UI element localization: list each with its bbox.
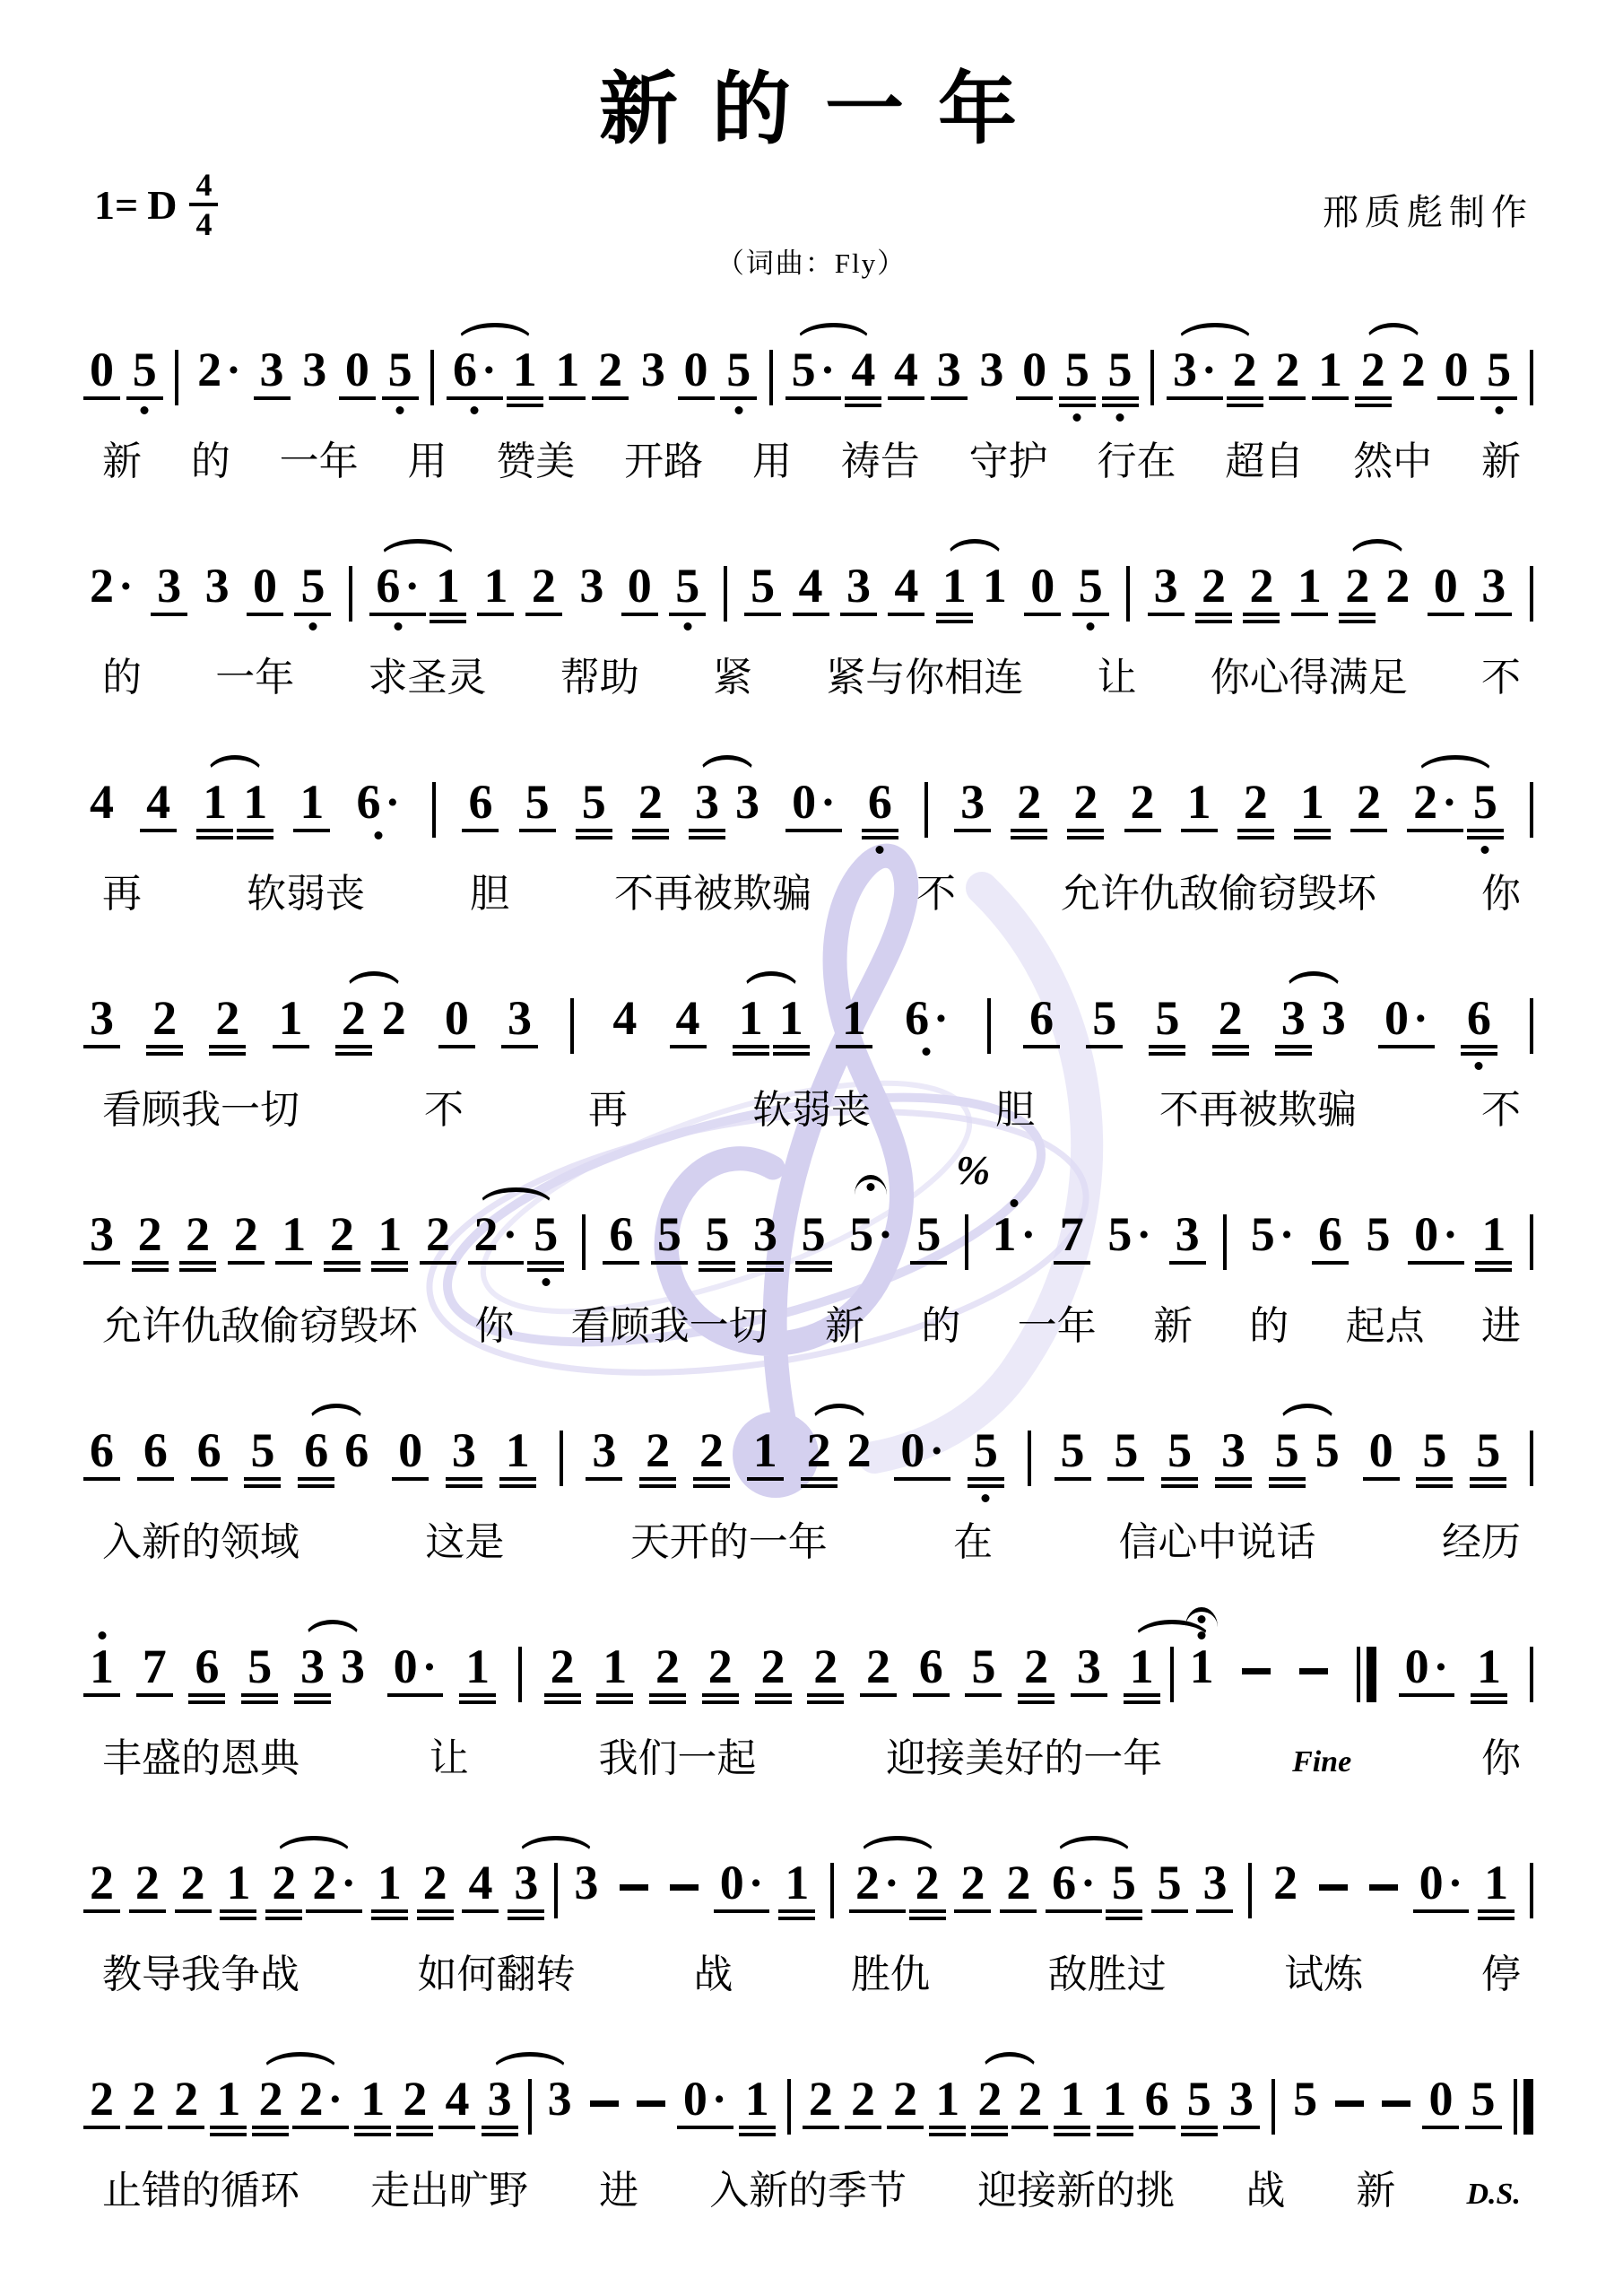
held-note-dash — [1299, 1668, 1328, 1674]
duration-underline — [1471, 1693, 1507, 1697]
duration-underline — [179, 1268, 216, 1272]
note: 2 — [1017, 780, 1041, 839]
note: 1 — [1130, 1645, 1154, 1704]
note: 1 — [745, 2077, 769, 2136]
barline — [349, 566, 352, 622]
note: 3 — [735, 780, 759, 825]
duration-underline — [596, 1700, 633, 1704]
duration-underline — [1000, 1909, 1037, 1913]
duration-underline — [447, 396, 503, 400]
slur-arc: 22· — [272, 1861, 356, 1920]
note: 2 — [1202, 564, 1226, 623]
note: 0 — [345, 348, 369, 400]
time-signature: 4 4 — [189, 169, 218, 240]
note: 0 — [445, 996, 469, 1048]
note: 2 — [1244, 780, 1268, 839]
augmentation-dot: · — [1202, 350, 1217, 390]
duration-underline — [294, 1693, 331, 1697]
note: 2 — [174, 2077, 198, 2129]
lyric-group: 用 — [752, 429, 792, 486]
duration-underline — [639, 1484, 676, 1488]
duration-underline — [862, 829, 898, 832]
slur-arc: 66 — [304, 1429, 369, 1488]
note: 0· — [683, 2077, 727, 2129]
lyric-group: 帮助 — [560, 645, 639, 702]
duration-underline — [1275, 1045, 1312, 1048]
duration-underline — [1465, 2126, 1502, 2129]
lyric-group: 教导我争战 — [102, 1942, 299, 1999]
duration-underline — [396, 2126, 433, 2129]
duration-underline — [1339, 620, 1376, 623]
duration-underline — [1196, 1909, 1233, 1913]
slur-arc: 2·2 — [855, 1861, 940, 1920]
barline — [724, 566, 727, 622]
duration-underline — [793, 613, 829, 616]
duration-underline — [1422, 2126, 1459, 2129]
duration-underline — [298, 1484, 334, 1488]
note: 0 — [684, 348, 708, 400]
note: 0 — [1369, 1429, 1393, 1481]
note: 1 — [779, 996, 803, 1056]
duration-underline — [1067, 836, 1104, 839]
note: 5 — [1293, 2077, 1317, 2122]
lyric-group: 胆 — [995, 1077, 1035, 1135]
note: 3 — [205, 564, 230, 609]
duration-underline — [1428, 613, 1464, 616]
note: 5 — [1092, 996, 1116, 1048]
note: 5 — [525, 780, 550, 832]
duration-underline — [83, 1477, 120, 1481]
note: 2 — [234, 1213, 258, 1265]
note: 2 — [847, 1429, 872, 1474]
duration-underline — [1215, 1477, 1252, 1481]
duration-underline — [1072, 613, 1109, 616]
duration-underline — [527, 1261, 564, 1265]
lyric-group: 迎接美好的一年 — [886, 1726, 1162, 1783]
note: 5 — [582, 780, 606, 839]
note: 3 — [157, 564, 181, 616]
note: 2 — [1249, 564, 1273, 623]
duration-underline — [210, 2126, 247, 2129]
note: 3 — [302, 348, 326, 393]
note: 5 — [388, 348, 412, 400]
duration-underline — [83, 1261, 120, 1265]
duration-underline — [702, 1700, 739, 1704]
note: 6 — [1145, 2077, 1169, 2129]
note: 1 — [1190, 1645, 1214, 1690]
note: 0· — [394, 1645, 438, 1697]
duration-underline — [273, 1045, 309, 1048]
note: 2 — [90, 1861, 114, 1913]
duration-underline — [1294, 836, 1331, 839]
note: 1 — [90, 1645, 114, 1697]
lyric-group: 新 — [825, 1293, 864, 1351]
slur-arc: 22 — [342, 996, 406, 1056]
duration-underline — [1355, 396, 1392, 400]
lyric-group: 你心得满足 — [1211, 645, 1408, 702]
note: 4 — [146, 780, 170, 832]
duration-underline — [1151, 1909, 1188, 1913]
notation-line: 32212203441116·6552330·6 — [90, 996, 1533, 1056]
augmentation-dot: · — [341, 1863, 356, 1903]
duration-underline — [459, 1693, 496, 1697]
duration-underline — [689, 829, 725, 832]
note: 3 — [1322, 996, 1346, 1041]
duration-underline — [275, 1261, 312, 1265]
duration-underline — [954, 829, 991, 832]
barline — [175, 350, 178, 405]
note: 2 — [1402, 348, 1426, 393]
duration-underline — [129, 1909, 166, 1913]
score-body: 052·33056·1123055·44330553·2212205新的一年用赞… — [0, 310, 1623, 2256]
duration-underline — [1227, 404, 1263, 407]
note: 2 — [638, 780, 663, 839]
lyric-group: 不再被欺骗 — [614, 861, 811, 918]
note: 3 — [846, 564, 871, 616]
lyric-group: 再 — [588, 1077, 628, 1135]
duration-underline — [265, 1909, 302, 1913]
duration-underline — [335, 1045, 372, 1048]
duration-underline — [1011, 2126, 1048, 2129]
music-system: 32212203441116·6552330·6看顾我一切不再软弱丧胆不再被欺骗… — [90, 959, 1533, 1175]
duration-underline — [1407, 829, 1463, 832]
duration-underline — [252, 2133, 289, 2136]
duration-underline — [1413, 1909, 1470, 1913]
duration-underline — [778, 1909, 815, 1913]
duration-underline — [669, 613, 706, 616]
lyric-group: 开路 — [624, 429, 703, 486]
low-octave-dot — [308, 622, 317, 631]
duration-underline — [714, 1909, 770, 1913]
note: 2 — [1345, 564, 1369, 623]
duration-underline — [1054, 2133, 1090, 2136]
note: 1· — [993, 1213, 1037, 1257]
note: 3 — [753, 1213, 777, 1272]
duration-underline — [576, 829, 612, 832]
held-note-dash — [1335, 2100, 1364, 2107]
lyric-group: 紧 — [713, 645, 752, 702]
lyric-group: 新 — [1356, 2158, 1395, 2215]
barline — [1530, 1214, 1533, 1270]
duration-underline — [252, 2126, 289, 2129]
note: 4 — [445, 2077, 469, 2129]
lyrics-line: 再软弱丧胆不再被欺骗不允许仇敌偷窃毁坏你 — [90, 861, 1533, 918]
duration-underline — [849, 1909, 906, 1913]
note: 5 — [300, 564, 325, 616]
duration-underline — [1161, 1484, 1198, 1488]
low-octave-dot — [394, 622, 402, 631]
meter-top: 4 — [195, 169, 212, 201]
duration-underline — [196, 829, 233, 832]
slur-arc: 11 — [739, 996, 803, 1056]
lyric-group: 战 — [1245, 2158, 1285, 2215]
thick-bar — [1367, 1647, 1376, 1702]
duration-underline — [773, 1045, 810, 1048]
note: 5 — [1155, 996, 1179, 1056]
meter-bottom: 4 — [195, 208, 212, 240]
note: 2 — [426, 1213, 450, 1265]
duration-underline — [803, 2126, 839, 2129]
duration-underline — [462, 829, 499, 832]
barline — [787, 2079, 791, 2135]
lyric-group: 的 — [102, 645, 142, 702]
note: 1 — [935, 2077, 959, 2136]
high-octave-dot — [1198, 1631, 1206, 1639]
duration-underline — [371, 1909, 408, 1913]
lyric-group: 让 — [1098, 645, 1137, 702]
duration-underline — [702, 1693, 739, 1697]
final-barline — [1514, 2079, 1533, 2135]
duration-underline — [785, 396, 842, 400]
note: 2· — [90, 564, 134, 609]
note: 0· — [792, 780, 836, 832]
barline — [1223, 1214, 1227, 1270]
note: 7 — [143, 1645, 167, 1697]
slur-arc: 22 — [1361, 348, 1426, 407]
song-title: 新 的 一 年 — [0, 47, 1623, 160]
duration-underline — [508, 1917, 544, 1920]
note: 0 — [90, 348, 114, 400]
note: 3· — [1173, 348, 1217, 400]
duration-underline — [237, 829, 273, 832]
note: 1 — [555, 348, 579, 400]
note: 1 — [483, 564, 508, 616]
note: 2 — [916, 1861, 940, 1920]
duration-underline — [1139, 2126, 1176, 2129]
note: 4 — [468, 1861, 492, 1913]
slur-arc: 33 — [488, 2077, 572, 2136]
duration-underline — [83, 1045, 120, 1048]
duration-underline — [420, 1261, 456, 1265]
note: 3 — [1281, 996, 1306, 1056]
duration-underline — [1071, 1693, 1107, 1697]
barline — [924, 782, 928, 838]
note: 5 — [802, 1213, 826, 1272]
lyric-group: 这是 — [425, 1509, 504, 1567]
duration-underline — [862, 836, 898, 839]
duration-underline — [649, 1693, 686, 1697]
duration-underline — [840, 613, 877, 616]
note: 0 — [253, 564, 277, 616]
duration-underline — [507, 396, 543, 400]
duration-underline — [693, 1484, 730, 1488]
note: 5· — [1107, 1213, 1151, 1257]
slur-arc: 22 — [977, 2077, 1042, 2136]
lyric-group: 入新的领域 — [102, 1509, 299, 1567]
note: 2· — [1413, 780, 1457, 832]
augmentation-dot: · — [1443, 1214, 1458, 1255]
duration-underline — [1212, 1052, 1249, 1056]
duration-underline — [778, 1917, 815, 1920]
duration-underline — [140, 829, 177, 832]
duration-underline — [146, 1045, 183, 1048]
note: 2 — [655, 1645, 680, 1704]
duration-underline — [1124, 1693, 1160, 1697]
duration-underline — [1470, 1484, 1506, 1488]
note: 1 — [465, 1645, 490, 1704]
note: 0 — [1444, 348, 1468, 400]
note: 3 — [300, 1645, 325, 1704]
note: 5 — [751, 564, 775, 616]
slur-arc: 11 — [942, 564, 1007, 623]
duration-underline — [354, 2126, 391, 2129]
lyric-group: 让 — [430, 1726, 469, 1783]
duration-underline — [1124, 1700, 1160, 1704]
duration-underline — [632, 836, 669, 839]
lyric-group: 起点 — [1346, 1293, 1425, 1351]
sheet-music-page: 新 的 一 年 1= D 4 4 邢质彪制作 （词曲：Fly） 052·3305… — [0, 0, 1623, 2296]
duration-underline — [747, 1268, 784, 1272]
barline — [1028, 1431, 1031, 1486]
augmentation-dot: · — [226, 350, 241, 390]
lyric-group: 战 — [693, 1942, 733, 1999]
duration-underline — [544, 1700, 581, 1704]
duration-underline — [1478, 1917, 1515, 1920]
note: 1 — [1477, 1645, 1501, 1704]
final-barline — [1357, 1647, 1376, 1702]
lyric-group: 求圣灵 — [369, 645, 487, 702]
note: 1 — [1103, 2077, 1127, 2136]
note: 6 — [197, 1429, 221, 1481]
note: 3 — [1229, 2077, 1254, 2129]
note: 2 — [215, 996, 239, 1056]
note: 6 — [868, 780, 892, 839]
duration-underline — [324, 1268, 360, 1272]
lyrics-line: 看顾我一切不再软弱丧胆不再被欺骗不 — [90, 1077, 1533, 1135]
note: 0· — [1384, 996, 1428, 1048]
barline — [965, 1214, 968, 1270]
low-octave-dot — [374, 831, 382, 839]
duration-underline — [1181, 829, 1218, 832]
music-system: 052·33056·1123055·44330553·2212205新的一年用赞… — [90, 310, 1533, 526]
slur-arc: 6·5 — [1052, 1861, 1136, 1920]
duration-underline — [1181, 2133, 1218, 2136]
note: 6· — [905, 996, 949, 1041]
duration-underline — [1355, 404, 1392, 407]
slur-arc: 2·5 — [474, 1213, 559, 1272]
duration-underline — [1378, 1045, 1435, 1048]
barline — [1150, 350, 1154, 405]
lyric-group: 经历 — [1442, 1509, 1521, 1567]
duration-underline — [887, 2126, 924, 2129]
duration-underline — [210, 2133, 247, 2136]
duration-underline — [845, 404, 881, 407]
note: 2 — [893, 2077, 917, 2129]
barline — [1530, 566, 1533, 622]
note: 5 — [1471, 2077, 1496, 2129]
duration-underline — [1054, 2126, 1090, 2129]
duration-underline — [747, 1261, 784, 1265]
duration-underline — [132, 1268, 169, 1272]
duration-underline — [1169, 1261, 1206, 1265]
duration-underline — [1106, 1909, 1142, 1913]
duration-underline — [603, 1261, 639, 1265]
duration-underline — [936, 620, 973, 623]
note: 1 — [378, 1213, 402, 1272]
lyric-group: 允许仇敌偷窃毁坏 — [102, 1293, 418, 1351]
note: 1 — [436, 564, 460, 623]
low-octave-dot — [1087, 622, 1095, 631]
note: 2 — [809, 2077, 833, 2129]
note: 2 — [1219, 996, 1243, 1056]
notation-line: 2·33056·1123055434110532212203 — [90, 564, 1533, 623]
lyric-group: 守护 — [969, 429, 1048, 486]
slur-arc: 11 — [1130, 1645, 1214, 1704]
duration-underline — [1437, 396, 1474, 400]
lyric-group: 新 — [1153, 1293, 1193, 1351]
duration-underline — [1018, 1700, 1055, 1704]
note: 6 — [609, 1213, 633, 1265]
lyrics-line: 止错的循环走出旷野进入新的季节迎接新的挑战新D.S. — [90, 2158, 1533, 2215]
duration-underline — [1408, 1261, 1464, 1265]
note: 2 — [1361, 348, 1385, 407]
note: 3 — [452, 1429, 476, 1488]
held-note-dash — [637, 2100, 665, 2107]
note: 2· — [855, 1861, 899, 1913]
notation-line: 052·33056·1123055·44330553·2212205 — [90, 348, 1533, 407]
duration-underline — [1086, 1045, 1123, 1048]
note: 1 — [603, 1645, 627, 1704]
duration-underline — [586, 1477, 622, 1481]
lyric-group: 如何翻转 — [418, 1942, 576, 1999]
low-octave-dot — [1481, 846, 1489, 854]
lyric-group: 信心中说话 — [1119, 1509, 1316, 1567]
note: 0 — [1022, 348, 1046, 400]
music-system: 1765330·121222226523110·1丰盛的恩典让我们一起迎接美好的… — [90, 1607, 1533, 1823]
duration-underline — [508, 1909, 544, 1913]
duration-underline — [1269, 396, 1306, 400]
lyric-group: 软弱丧 — [752, 1077, 871, 1135]
duration-underline — [910, 1261, 947, 1265]
duration-underline — [438, 2126, 475, 2129]
lyric-group: 的 — [1249, 1293, 1289, 1351]
notation-line: 322212122·5655355·5%1·75·35·650·1 — [90, 1213, 1533, 1272]
low-octave-dot — [1475, 1062, 1483, 1070]
low-octave-dot — [471, 406, 479, 414]
note: 6· — [1052, 1861, 1096, 1913]
duration-underline — [1416, 1477, 1453, 1481]
notation-line: 441116·6552330·6322212122·5 — [90, 780, 1533, 839]
note: 1 — [1060, 2077, 1084, 2136]
lyric-group: 进 — [1481, 1293, 1521, 1351]
duration-underline — [298, 1477, 334, 1481]
duration-underline — [1237, 836, 1274, 839]
note: 3 — [488, 2077, 512, 2136]
note: 3 — [1221, 1429, 1245, 1488]
note: 2 — [186, 1213, 210, 1272]
duration-underline — [755, 1700, 792, 1704]
note: 3 — [695, 780, 719, 839]
duration-underline — [265, 1917, 302, 1920]
duration-underline — [209, 1052, 246, 1056]
duration-underline — [1097, 2133, 1133, 2136]
note: 0· — [900, 1429, 944, 1481]
duration-underline — [888, 396, 924, 400]
slur-arc: 33 — [514, 1861, 598, 1920]
note: 3 — [90, 996, 114, 1048]
duration-underline — [136, 1693, 173, 1697]
duration-underline — [1223, 2126, 1260, 2129]
note: 2 — [708, 1645, 733, 1704]
duration-underline — [446, 1477, 482, 1481]
duration-underline — [888, 613, 924, 616]
duration-underline — [83, 396, 120, 400]
duration-underline — [1480, 396, 1517, 400]
notation-line: 1765330·121222226523110·1 — [90, 1645, 1533, 1704]
duration-underline — [501, 1045, 538, 1048]
barline — [554, 1863, 558, 1918]
note: 3 — [1176, 1213, 1200, 1265]
